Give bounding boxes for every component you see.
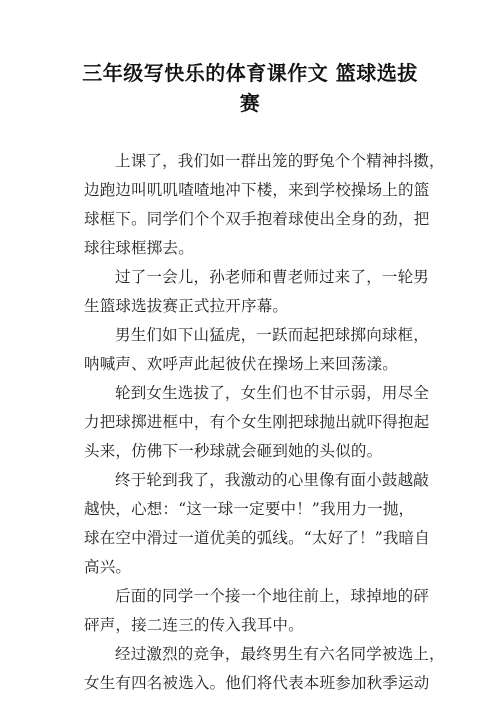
paragraph-line: 球往球框掷去。 [84,234,432,263]
document-title: 三年级写快乐的体育课作文 篮球选拔 赛 [60,58,440,118]
paragraph-line: 生篮球选拔赛正式拉开序幕。 [84,292,432,321]
paragraph-line: 过了一会儿，孙老师和曹老师过来了，一轮男 [84,263,432,292]
paragraph-line: 呐喊声、欢呼声此起彼伏在操场上来回荡漾。 [84,350,432,379]
paragraph-line: 越快，心想：“这一球一定要中！”我用力一抛， [84,495,432,524]
document-page: 三年级写快乐的体育课作文 篮球选拔 赛 上课了，我们如一群出笼的野兔个个精神抖擞… [0,0,500,708]
paragraph-line: 边跑边叫叽叽喳喳地冲下楼，来到学校操场上的篮 [84,176,432,205]
essay-body: 上课了，我们如一群出笼的野兔个个精神抖擞， 边跑边叫叽叽喳喳地冲下楼，来到学校操… [84,147,432,698]
paragraph-line: 轮到女生选拔了，女生们也不甘示弱，用尽全 [84,379,432,408]
paragraph-line: 男生们如下山猛虎，一跃而起把球掷向球框， [84,321,432,350]
paragraph-line: 球在空中滑过一道优美的弧线。“太好了！”我暗自 [84,524,432,553]
title-line-1: 三年级写快乐的体育课作文 篮球选拔 [60,58,440,88]
paragraph-line: 高兴。 [84,553,432,582]
paragraph-line: 上课了，我们如一群出笼的野兔个个精神抖擞， [84,147,432,176]
paragraph-line: 砰声，接二连三的传入我耳中。 [84,611,432,640]
paragraph-line: 终于轮到我了，我激动的心里像有面小鼓越敲 [84,466,432,495]
paragraph-line: 力把球掷进框中，有个女生刚把球抛出就吓得抱起 [84,408,432,437]
paragraph-line: 后面的同学一个接一个地往前上，球掉地的砰 [84,582,432,611]
paragraph-line: 头来，仿佛下一秒球就会砸到她的头似的。 [84,437,432,466]
paragraph-line: 经过激烈的竞争，最终男生有六名同学被选上， [84,640,432,669]
title-line-2: 赛 [60,88,440,118]
paragraph-line: 女生有四名被选入。他们将代表本班参加秋季运动 [84,669,432,698]
paragraph-line: 球框下。同学们个个双手抱着球使出全身的劲，把 [84,205,432,234]
